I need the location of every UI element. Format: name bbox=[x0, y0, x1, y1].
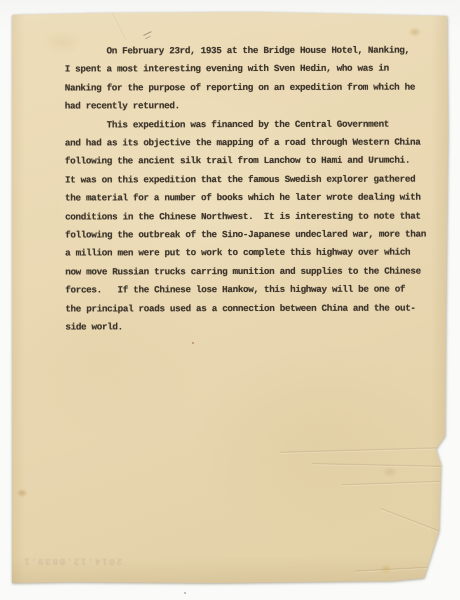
document-page: On February 23rd, 1935 at the Bridge Hou… bbox=[12, 12, 448, 585]
paper-crease bbox=[312, 463, 445, 469]
page-text: On February 23rd, 1935 at the Bridge Hou… bbox=[65, 42, 441, 337]
pencil-mark bbox=[145, 36, 151, 40]
paper-crease bbox=[106, 3, 126, 40]
paragraph-2: This expedition was financed by the Cent… bbox=[65, 115, 441, 337]
paper-speck bbox=[192, 342, 194, 344]
scan-speck bbox=[184, 592, 186, 594]
paper-crease bbox=[355, 566, 437, 573]
scanner-background: On February 23rd, 1935 at the Bridge Hou… bbox=[0, 0, 460, 600]
paper-crease bbox=[280, 447, 445, 455]
paragraph-1: On February 23rd, 1935 at the Bridge Hou… bbox=[65, 42, 440, 117]
paper-crease bbox=[342, 480, 445, 487]
paper-shadow-wrapper: On February 23rd, 1935 at the Bridge Hou… bbox=[12, 12, 448, 585]
paper-crease bbox=[380, 508, 446, 536]
accession-stamp-showthrough: 2014.12.0839.1 bbox=[20, 556, 122, 567]
